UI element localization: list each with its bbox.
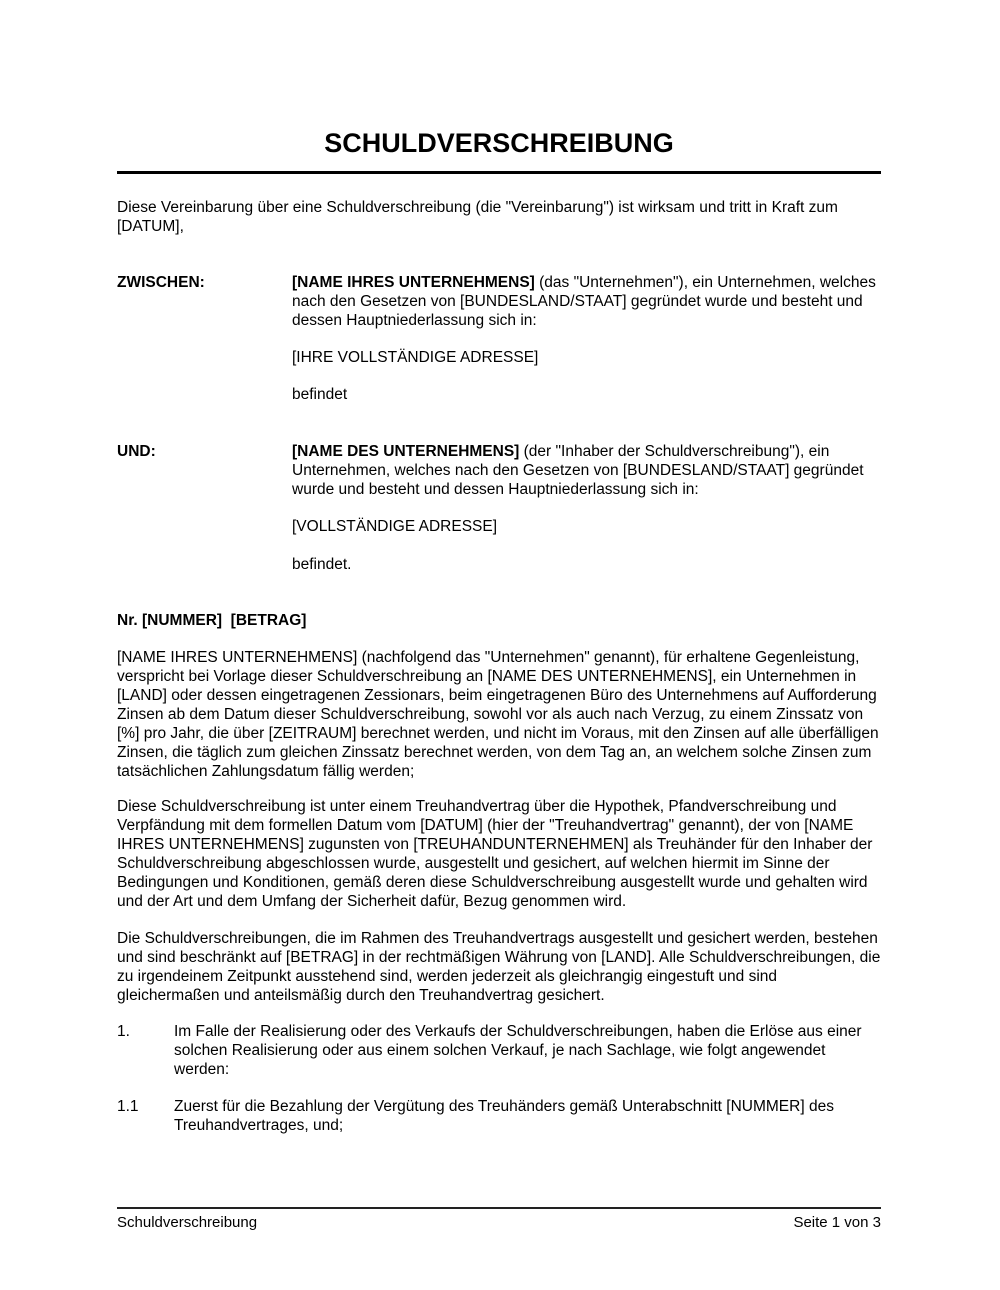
- party-description-2: [NAME DES UNTERNEHMENS] (der "Inhaber de…: [292, 442, 882, 499]
- document-title: SCHULDVERSCHREIBUNG: [117, 128, 881, 159]
- list-text-1-1: Zuerst für die Bezahlung der Vergütung d…: [174, 1097, 884, 1135]
- footer-page-number: Seite 1 von 3: [793, 1214, 881, 1231]
- section-heading: Nr. [NUMMER] [BETRAG]: [117, 611, 306, 630]
- party-name-1: [NAME IHRES UNTERNEHMENS]: [292, 274, 535, 291]
- body-paragraph-1: [NAME IHRES UNTERNEHMENS] (nachfolgend d…: [117, 648, 881, 781]
- party-label-zwischen: ZWISCHEN:: [117, 273, 205, 292]
- footer-document-name: Schuldverschreibung: [117, 1214, 257, 1231]
- party-closing-2: befindet.: [292, 555, 882, 574]
- body-paragraph-3: Die Schuldverschreibungen, die im Rahmen…: [117, 929, 881, 1005]
- party-closing-1: befindet: [292, 385, 882, 404]
- title-divider: [117, 171, 881, 174]
- party-description-1: [NAME IHRES UNTERNEHMENS] (das "Unterneh…: [292, 273, 882, 330]
- list-text-1: Im Falle der Realisierung oder des Verka…: [174, 1022, 884, 1079]
- document-page: SCHULDVERSCHREIBUNG Diese Vereinbarung ü…: [117, 0, 881, 1290]
- party-address-2: [VOLLSTÄNDIGE ADRESSE]: [292, 517, 882, 536]
- list-number-1: 1.: [117, 1022, 130, 1041]
- intro-paragraph: Diese Vereinbarung über eine Schuldversc…: [117, 198, 881, 236]
- party-address-1: [IHRE VOLLSTÄNDIGE ADRESSE]: [292, 348, 882, 367]
- party-label-und: UND:: [117, 442, 156, 461]
- list-number-1-1: 1.1: [117, 1097, 139, 1116]
- party-name-2: [NAME DES UNTERNEHMENS]: [292, 443, 519, 460]
- body-paragraph-2: Diese Schuldverschreibung ist unter eine…: [117, 797, 881, 911]
- footer-divider: [117, 1207, 881, 1209]
